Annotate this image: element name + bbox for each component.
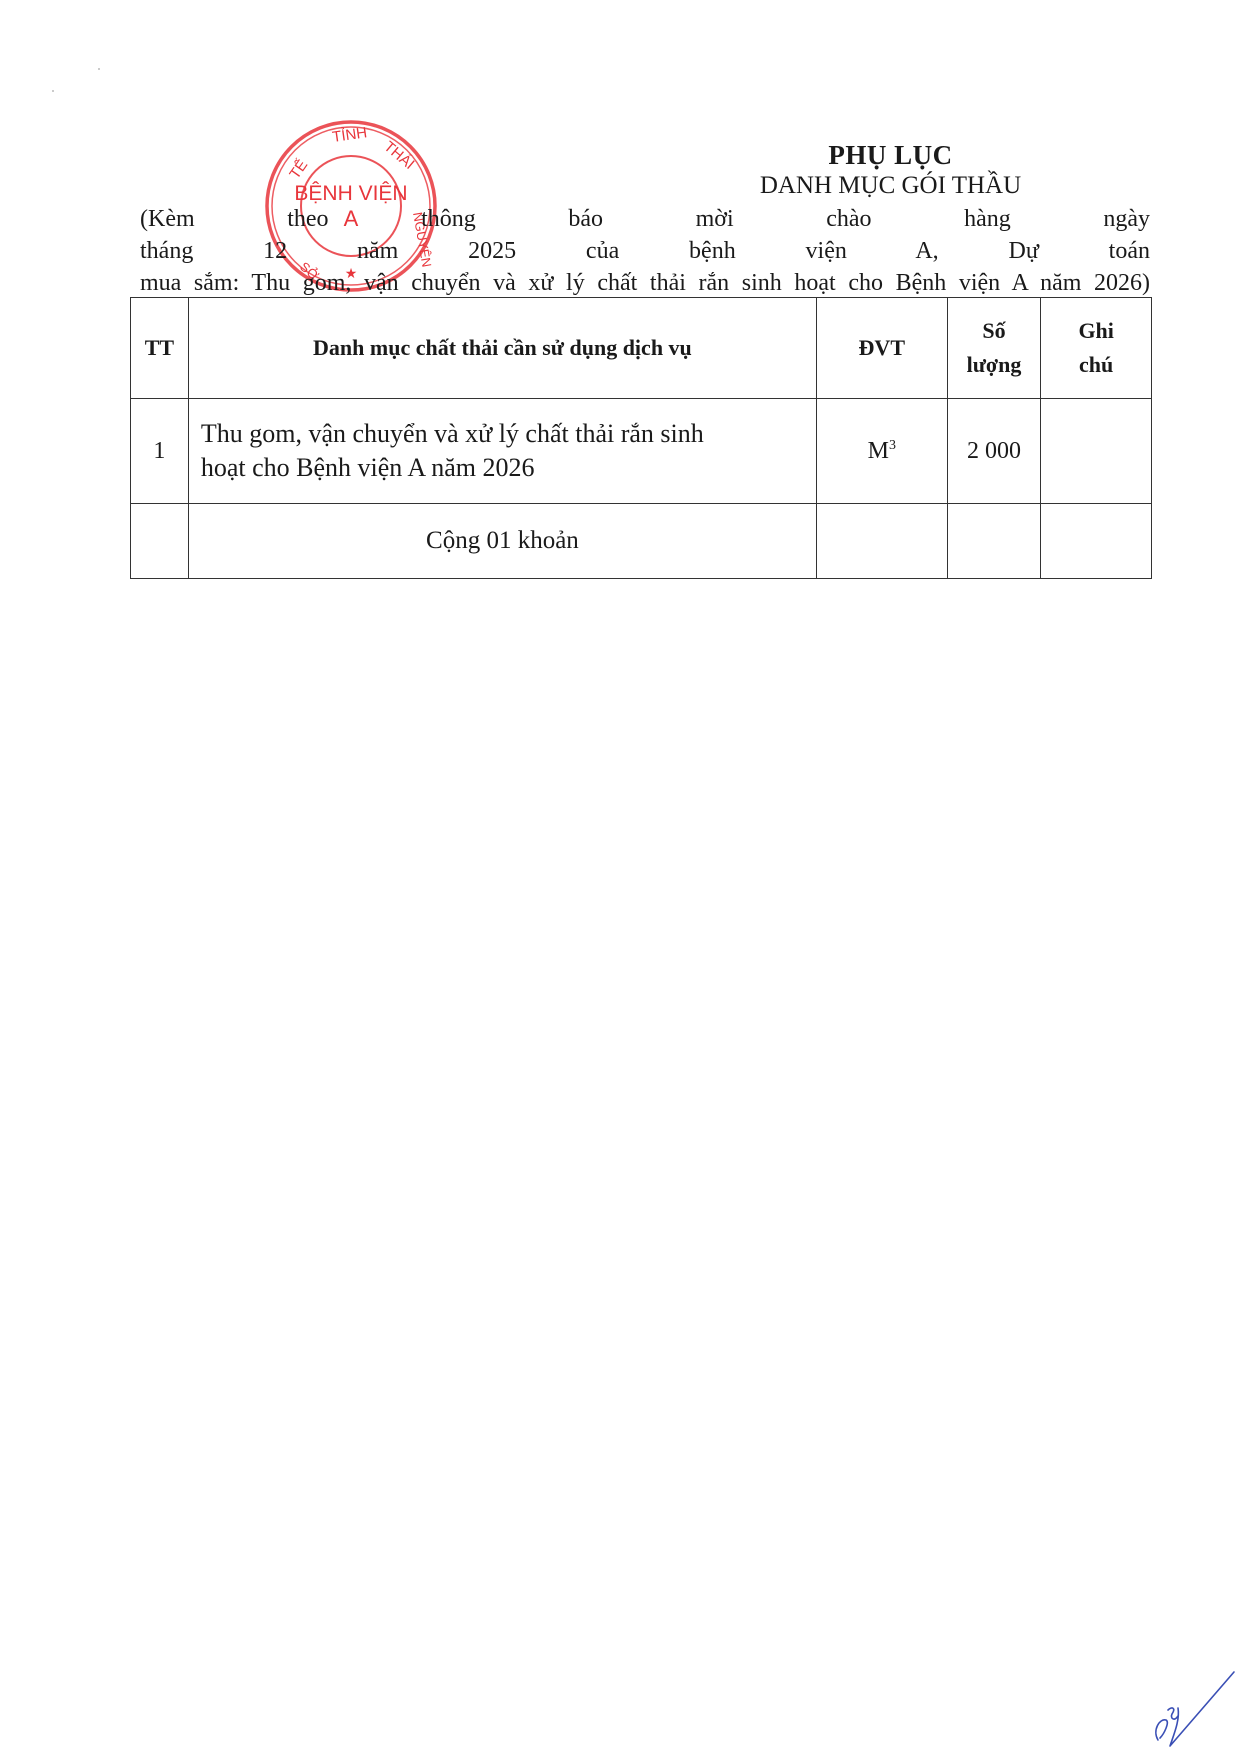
scan-speck (98, 68, 100, 70)
document-subtitle: DANH MỤC GÓI THẦU (270, 172, 1241, 200)
header-quantity: Sốlượng (947, 298, 1041, 399)
document-title: PHỤ LỤC (270, 140, 1241, 171)
cell-tt: 1 (131, 399, 189, 504)
total-tt (131, 504, 189, 579)
cell-name-line: Thu gom, vận chuyển và xử lý chất thải r… (201, 419, 704, 448)
total-label: Cộng 01 khoản (188, 504, 816, 579)
caption-text: tháng 12 năm 2025 của bệnh viện A, Dự to… (140, 238, 1150, 264)
total-quantity (947, 504, 1041, 579)
cell-name: Thu gom, vận chuyển và xử lý chất thải r… (188, 399, 816, 504)
signature-mark (1130, 1660, 1240, 1755)
caption-text: mua sắm: Thu gom, vận chuyển và xử lý ch… (140, 267, 1150, 299)
document-caption: (Kèm theo thông báo mời chào hàng ngàyth… (140, 203, 1150, 299)
caption-text: (Kèm theo thông báo mời chào hàng ngày (140, 206, 1150, 232)
total-unit (817, 504, 948, 579)
header-quantity-line: Số (982, 318, 1005, 343)
total-note (1041, 504, 1152, 579)
header-note: Ghichú (1041, 298, 1152, 399)
table-total-row: Cộng 01 khoản (131, 504, 1152, 579)
table-row: 1 Thu gom, vận chuyển và xử lý chất thải… (131, 399, 1152, 504)
header-name: Danh mục chất thải cần sử dụng dịch vụ (188, 298, 816, 399)
header-unit: ĐVT (817, 298, 948, 399)
cell-quantity: 2 000 (947, 399, 1041, 504)
header-tt: TT (131, 298, 189, 399)
cell-unit: M3 (817, 399, 948, 504)
table-header-row: TT Danh mục chất thải cần sử dụng dịch v… (131, 298, 1152, 399)
package-table: TT Danh mục chất thải cần sử dụng dịch v… (130, 297, 1152, 579)
scan-speck (52, 90, 54, 92)
cell-note (1041, 399, 1152, 504)
unit-exponent: 3 (889, 438, 896, 453)
header-quantity-line: lượng (967, 352, 1022, 377)
header-note-line: chú (1079, 352, 1113, 377)
header-note-line: Ghi (1078, 318, 1113, 343)
unit-base: M (868, 438, 889, 464)
cell-name-line: hoạt cho Bệnh viện A năm 2026 (201, 453, 535, 482)
